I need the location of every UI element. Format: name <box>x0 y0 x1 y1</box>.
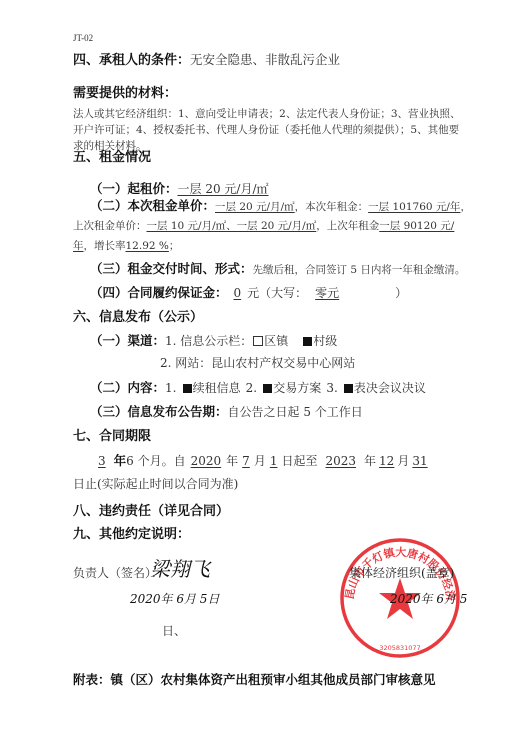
channel-label: （一）渠道： <box>90 333 165 348</box>
previous-price: 上次租金单价：一层 10 元/月/㎡、一层 20 元/月/㎡，上次年租金一层 9… <box>73 218 454 233</box>
content-item2: 交易方案 <box>273 381 321 395</box>
channel-opt-town: 区镇 <box>264 334 288 348</box>
appendix-title: 附表：镇（区）农村集体资产出租预审小组其他成员部门审核意见 <box>73 670 436 688</box>
materials-line-2: 开户许可证；4、授权委托书、代理人身份证（委托他人代理的须提供）；5、其他要 <box>73 122 459 137</box>
start-price-value: 一层 20 元/月/㎡ <box>178 182 269 196</box>
month-label: 月 <box>254 454 266 468</box>
term-tail: 日止(实际起止时间以合同为准) <box>73 475 238 492</box>
content-item2-prefix: 2. <box>246 381 257 395</box>
svg-text:3205831077: 3205831077 <box>379 644 420 652</box>
payment-value: 先缴后租，合同签订 5 日内将一年租金缴清。 <box>253 264 466 276</box>
end-year: 2023 <box>317 454 364 468</box>
current-price: （二）本次租金单价：一层 20 元/月/㎡，本次年租金：一层 101760 元/… <box>90 195 471 214</box>
section4-title: 四、承租人的条件： <box>73 53 190 68</box>
start-year: 2020 <box>186 454 227 468</box>
leader-date: 2020年 6月 5日 <box>130 590 219 607</box>
current-annual-value: 一层 101760 元/年 <box>368 201 460 213</box>
section8-title: 八、违约责任（详见合同） <box>73 500 229 519</box>
checkbox-checked-icon <box>344 384 353 393</box>
checkbox-checked-icon <box>263 384 272 393</box>
leader-date-tail: 日、 <box>162 622 186 639</box>
previous-annual-label: ，上次年租金 <box>316 220 379 232</box>
section4-value: 无安全隐患、非散乱污企业 <box>190 52 340 67</box>
current-price-label: （二）本次租金单价： <box>90 198 215 213</box>
content-item1-prefix: 1. <box>165 381 176 395</box>
to-text: 日起至 <box>281 454 317 468</box>
channel-item2: 2. 网站：昆山农村产权交易中心网站 <box>160 354 355 371</box>
content-item1: 续租信息 <box>193 381 241 395</box>
end-day: 31 <box>409 454 430 468</box>
org-seal-label: 集体经济组织(盖章) <box>349 564 454 581</box>
contract-term: 3年6 个月。自2020年7月1日起至2023年12月31 <box>90 451 431 469</box>
deposit-amount: 0 <box>228 286 248 300</box>
leader-signature: 梁翔飞 <box>150 553 210 582</box>
start-day: 1 <box>266 454 282 468</box>
growth-end: ； <box>169 240 180 252</box>
section9-title: 九、其他约定说明： <box>73 523 190 542</box>
start-month: 7 <box>238 454 254 468</box>
content-label: （二）内容： <box>90 380 165 395</box>
checkbox-checked-icon <box>183 384 192 393</box>
checkbox-town-unchecked-icon <box>253 336 263 346</box>
deposit-label: （四）合同履约保证金： <box>90 285 228 300</box>
org-date: 2020年 6月 5 <box>390 590 467 607</box>
materials-title: 需要提供的材料： <box>73 82 177 101</box>
deposit-unit: 元（大写： <box>247 286 307 300</box>
current-annual-label: ，本次年租金： <box>295 201 369 213</box>
section5-title: 五、租金情况 <box>73 146 151 165</box>
current-price-value: 一层 20 元/月/㎡ <box>215 201 295 213</box>
growth-value: 12.92 % <box>126 240 169 252</box>
payment-label: （三）租金交付时间、形式： <box>90 261 253 276</box>
content-item3-prefix: 3. <box>326 381 337 395</box>
channel-opt-village: 村级 <box>313 334 337 348</box>
previous-annual-value-cont: 年 <box>73 240 84 252</box>
term-year-char: 年 <box>114 453 127 468</box>
deposit-end: ） <box>395 286 407 300</box>
year-label: 年 <box>226 454 238 468</box>
period-value: 自公告之日起 5 个工作日 <box>228 405 363 419</box>
previous-annual-value: 一层 90120 元/ <box>379 220 454 232</box>
content: （二）内容：1. 续租信息 2. 交易方案 3. 表决会议决议 <box>90 377 426 396</box>
section4: 四、承租人的条件：无安全隐患、非散乱污企业 <box>73 49 340 68</box>
materials-line-1: 法人或其它经济组织：1、意向受让申请表；2、法定代表人身份证；3、营业执照、 <box>73 106 461 121</box>
channel-item1: 1. 信息公示栏： <box>165 334 252 348</box>
previous-price-value: 一层 10 元/月/㎡、一层 20 元/月/㎡ <box>147 220 317 232</box>
section6-title: 六、信息发布（公示） <box>73 306 203 325</box>
term-months: 6 个月。自 <box>126 454 185 468</box>
deposit: （四）合同履约保证金：0元（大写：零元） <box>90 282 407 301</box>
payment: （三）租金交付时间、形式：先缴后租，合同签订 5 日内将一年租金缴清。 <box>90 258 465 277</box>
end-month: 12 <box>376 454 397 468</box>
growth-label: ，增长率 <box>84 240 126 252</box>
year-label: 年 <box>364 454 376 468</box>
section7-title: 七、合同期限 <box>73 425 151 444</box>
checkbox-village-checked-icon <box>303 337 312 346</box>
month-label: 月 <box>397 454 409 468</box>
period-label: （三）信息发布公告期： <box>90 404 228 419</box>
previous-price-label: 上次租金单价： <box>73 220 147 232</box>
deposit-amount-words: 零元 <box>307 284 395 301</box>
period: （三）信息发布公告期：自公告之日起 5 个工作日 <box>90 401 363 420</box>
start-price-label: （一）起租价： <box>90 181 178 196</box>
current-end: ， <box>460 201 471 213</box>
channel: （一）渠道：1. 信息公示栏：区镇村级 <box>90 330 337 349</box>
document-code: JT-02 <box>73 33 93 43</box>
growth-line: 年，增长率12.92 %； <box>73 238 179 253</box>
content-item3: 表决会议决议 <box>354 381 426 395</box>
term-years: 3 <box>90 454 114 468</box>
